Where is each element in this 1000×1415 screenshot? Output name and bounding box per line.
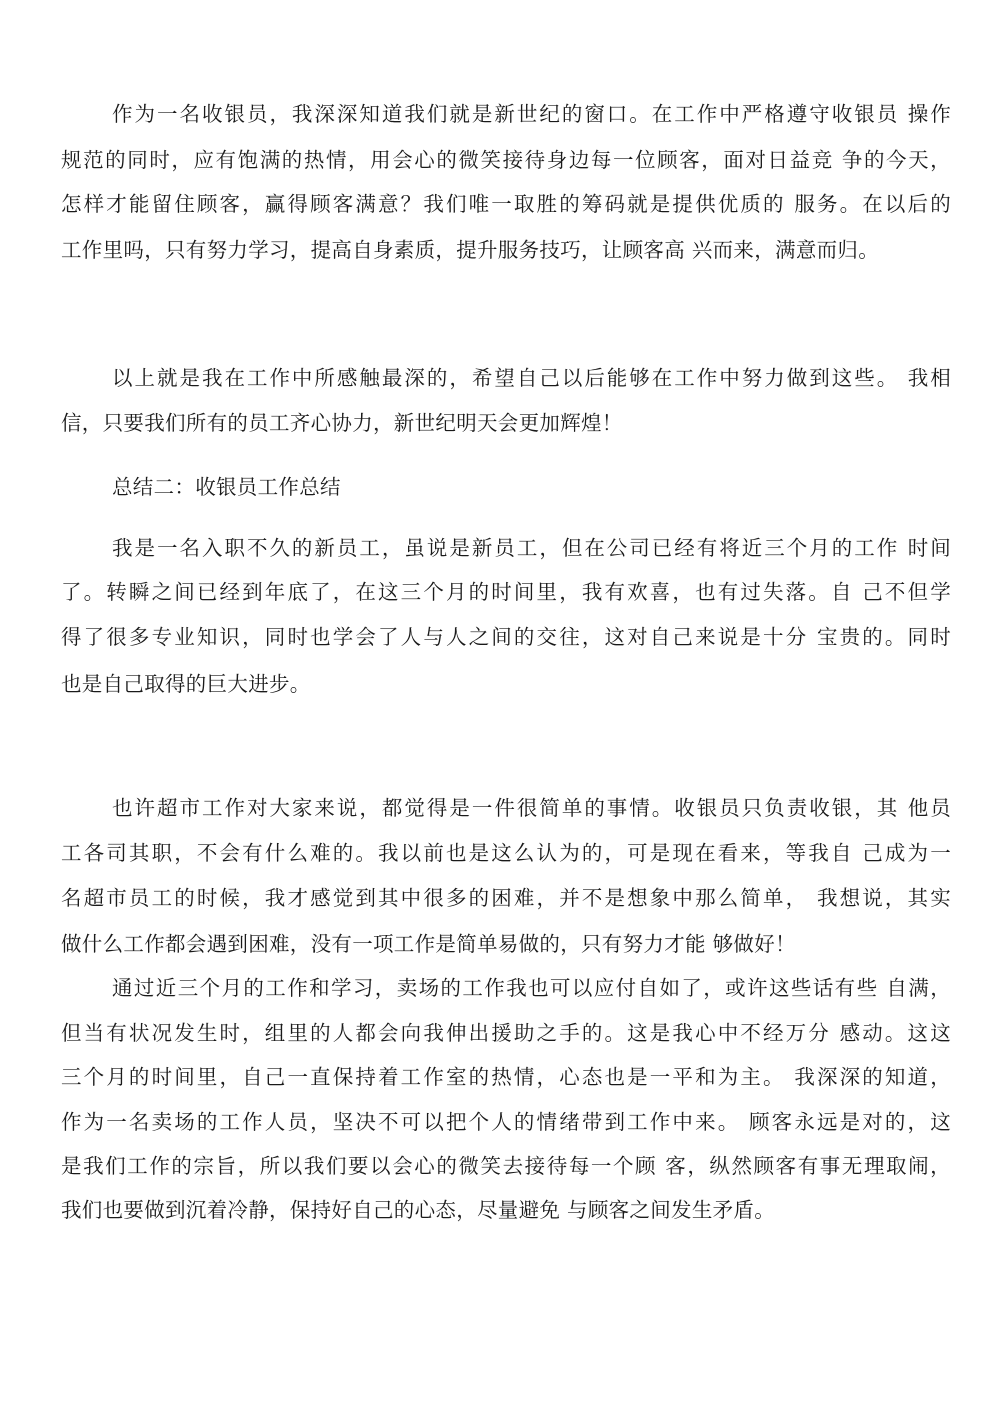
paragraph-3-line-2: 了。转瞬之间已经到年底了，在这三个月的时间里，我有欢喜，也有过失落。自 己不但学 [61, 577, 951, 607]
paragraph-3-line-3: 得了很多专业知识，同时也学会了人与人之间的交往，这对自己来说是十分 宝贵的。同时 [61, 622, 951, 652]
paragraph-1-line-2: 规范的同时，应有饱满的热情，用会心的微笑接待身边每一位顾客，面对日益竞 争的今天… [61, 145, 951, 175]
section-heading: 总结二：收银员工作总结 [112, 472, 341, 502]
paragraph-5-line-5: 是我们工作的宗旨，所以我们要以会心的微笑去接待每一个顾 客，纵然顾客有事无理取闹… [61, 1151, 951, 1181]
paragraph-2-line-1: 以上就是我在工作中所感触最深的，希望自己以后能够在工作中努力做到这些。 我相 [112, 363, 951, 393]
paragraph-5-line-6: 我们也要做到沉着冷静，保持好自己的心态，尽量避免 与顾客之间发生矛盾。 [61, 1195, 951, 1225]
paragraph-4-line-3: 名超市员工的时候，我才感觉到其中很多的困难，并不是想象中那么简单， 我想说，其实 [61, 883, 951, 913]
paragraph-3-line-1: 我是一名入职不久的新员工，虽说是新员工，但在公司已经有将近三个月的工作 时间 [112, 533, 951, 563]
paragraph-4-line-2: 工各司其职，不会有什么难的。我以前也是这么认为的，可是现在看来，等我自 己成为一 [61, 838, 951, 868]
document-page: 作为一名收银员，我深深知道我们就是新世纪的窗口。在工作中严格遵守收银员 操作 规… [0, 0, 1000, 1415]
paragraph-1-line-3: 怎样才能留住顾客，赢得顾客满意？我们唯一取胜的筹码就是提供优质的 服务。在以后的 [61, 189, 951, 219]
paragraph-4-line-1: 也许超市工作对大家来说，都觉得是一件很简单的事情。收银员只负责收银，其 他员 [112, 793, 951, 823]
paragraph-1-line-4: 工作里吗，只有努力学习，提高自身素质，提升服务技巧，让顾客高 兴而来，满意而归。 [61, 235, 951, 265]
paragraph-1-line-1: 作为一名收银员，我深深知道我们就是新世纪的窗口。在工作中严格遵守收银员 操作 [112, 99, 951, 129]
paragraph-5-line-3: 三个月的时间里，自己一直保持着工作室的热情，心态也是一平和为主。 我深深的知道， [61, 1062, 951, 1092]
paragraph-4-line-4: 做什么工作都会遇到困难，没有一项工作是简单易做的，只有努力才能 够做好！ [61, 929, 951, 959]
paragraph-5-line-1: 通过近三个月的工作和学习，卖场的工作我也可以应付自如了，或许这些话有些 自满， [112, 973, 951, 1003]
paragraph-2-line-2: 信，只要我们所有的员工齐心协力，新世纪明天会更加辉煌！ [61, 408, 951, 438]
paragraph-5-line-4: 作为一名卖场的工作人员，坚决不可以把个人的情绪带到工作中来。 顾客永远是对的，这 [61, 1107, 951, 1137]
paragraph-5-line-2: 但当有状况发生时，组里的人都会向我伸出援助之手的。这是我心中不经万分 感动。这这 [61, 1018, 951, 1048]
paragraph-3-line-4: 也是自己取得的巨大进步。 [61, 669, 951, 699]
